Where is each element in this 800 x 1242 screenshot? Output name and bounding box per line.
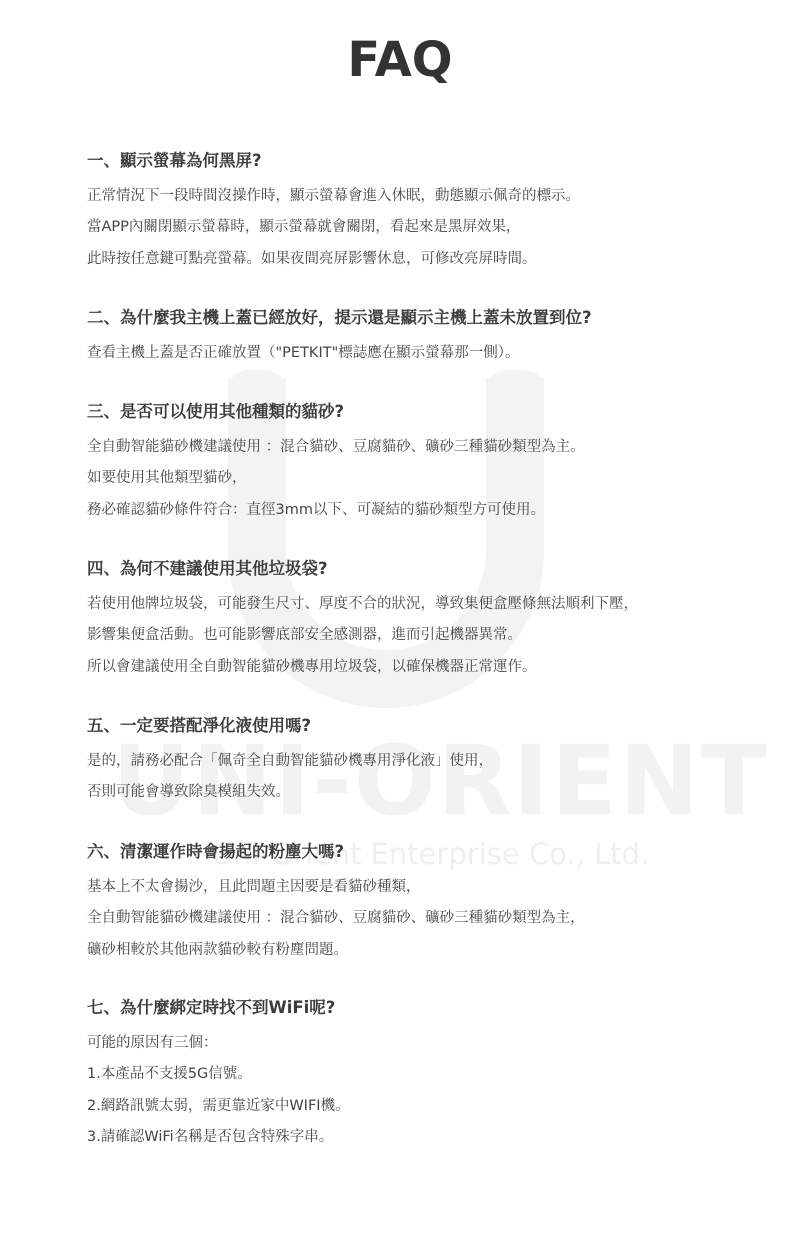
faq-answer-line: 3.請確認WiFi名稱是否包含特殊字串。 [87, 1122, 767, 1153]
faq-answer-line: 礦砂相較於其他兩款貓砂較有粉塵問題。 [87, 935, 767, 966]
faq-answer-line: 查看主機上蓋是否正確放置（"PETKIT"標誌應在顯示螢幕那一側）。 [87, 338, 767, 369]
faq-answer-line: 否則可能會導致除臭模組失效。 [87, 777, 767, 808]
faq-question: 二、為什麼我主機上蓋已經放好，提示還是顯示主機上蓋未放置到位? [87, 307, 767, 329]
faq-answer-line: 全自動智能貓砂機建議使用 ：混合貓砂、豆腐貓砂、礦砂三種貓砂類型為主。 [87, 432, 767, 463]
faq-answer-line: 是的，請務必配合「佩奇全自動智能貓砂機專用淨化液」使用， [87, 746, 767, 777]
faq-item-3: 三、是否可以使用其他種類的貓砂? 全自動智能貓砂機建議使用 ：混合貓砂、豆腐貓砂… [87, 401, 767, 526]
faq-answer-line: 1.本產品不支援5G信號。 [87, 1059, 767, 1090]
faq-answer-line: 務必確認貓砂條件符合：直徑3mm以下、可凝結的貓砂類型方可使用。 [87, 495, 767, 526]
faq-answer-line: 影響集便盒活動。也可能影響底部安全感測器，進而引起機器異常。 [87, 620, 767, 651]
faq-question: 四、為何不建議使用其他垃圾袋? [87, 558, 767, 580]
faq-question: 三、是否可以使用其他種類的貓砂? [87, 401, 767, 423]
watermark-logo-left-cap [228, 370, 286, 390]
faq-answer-line: 若使用他牌垃圾袋，可能發生尺寸、厚度不合的狀況，導致集便盒壓條無法順利下壓， [87, 589, 767, 620]
faq-answer-line: 基本上不太會揚沙，且此問題主因要是看貓砂種類， [87, 872, 767, 903]
faq-answer-line: 2.網路訊號太弱，需更靠近家中WIFI機。 [87, 1091, 767, 1122]
faq-answer-line: 正常情況下一段時間沒操作時，顯示螢幕會進入休眠，動態顯示佩奇的標示。 [87, 181, 767, 212]
faq-item-7: 七、為什麼綁定時找不到WiFi呢? 可能的原因有三個： 1.本產品不支援5G信號… [87, 997, 767, 1153]
faq-item-1: 一、顯示螢幕為何黑屏? 正常情況下一段時間沒操作時，顯示螢幕會進入休眠，動態顯示… [87, 150, 767, 275]
faq-answer-line: 所以會建議使用全自動智能貓砂機專用垃圾袋，以確保機器正常運作。 [87, 652, 767, 683]
faq-item-4: 四、為何不建議使用其他垃圾袋? 若使用他牌垃圾袋，可能發生尺寸、厚度不合的狀況，… [87, 558, 767, 683]
watermark-logo-right-cap [486, 370, 544, 390]
faq-item-2: 二、為什麼我主機上蓋已經放好，提示還是顯示主機上蓋未放置到位? 查看主機上蓋是否… [87, 307, 767, 369]
faq-question: 五、一定要搭配淨化液使用嗎? [87, 715, 767, 737]
page-title: FAQ [0, 30, 800, 90]
faq-answer-line: 此時按任意鍵可點亮螢幕。如果夜間亮屏影響休息，可修改亮屏時間。 [87, 244, 767, 275]
faq-answer-line: 全自動智能貓砂機建議使用 ：混合貓砂、豆腐貓砂、礦砂三種貓砂類型為主， [87, 903, 767, 934]
faq-answer-line: 如要使用其他類型貓砂， [87, 463, 767, 494]
faq-answer-line: 當APP內關閉顯示螢幕時，顯示螢幕就會關閉，看起來是黑屏效果， [87, 212, 767, 243]
faq-question: 七、為什麼綁定時找不到WiFi呢? [87, 997, 767, 1019]
faq-question: 一、顯示螢幕為何黑屏? [87, 150, 767, 172]
faq-item-6: 六、清潔運作時會揚起的粉塵大嗎? 基本上不太會揚沙，且此問題主因要是看貓砂種類，… [87, 841, 767, 966]
faq-question: 六、清潔運作時會揚起的粉塵大嗎? [87, 841, 767, 863]
faq-answer-line: 可能的原因有三個： [87, 1028, 767, 1059]
faq-item-5: 五、一定要搭配淨化液使用嗎? 是的，請務必配合「佩奇全自動智能貓砂機專用淨化液」… [87, 715, 767, 809]
